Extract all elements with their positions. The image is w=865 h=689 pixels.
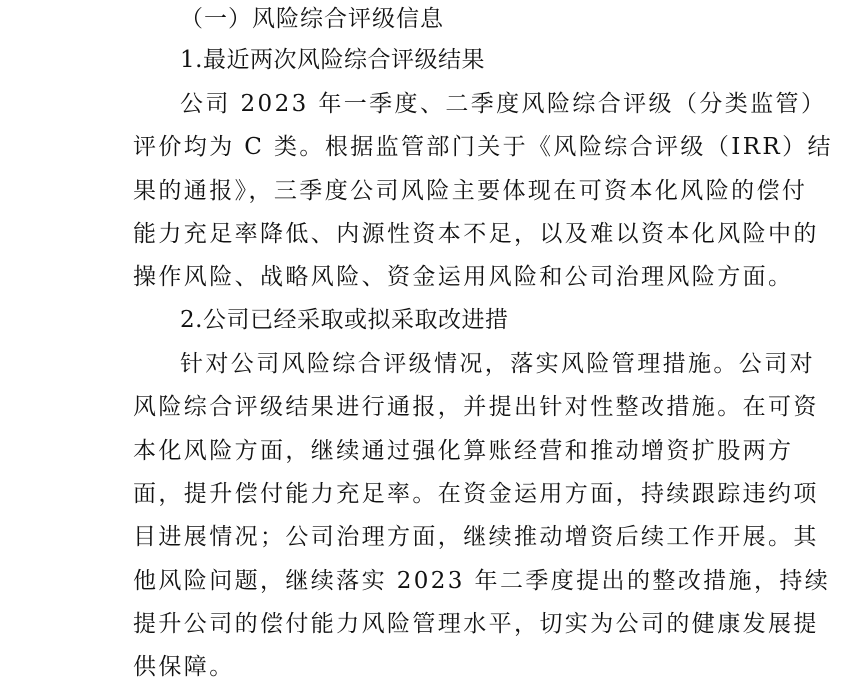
paragraph-2-line-1: 针对公司风险综合评级情况，落实风险管理措施。公司对 bbox=[180, 349, 750, 379]
paragraph-2-line-4: 面，提升偿付能力充足率。在资金运用方面，持续跟踪违约项 bbox=[133, 479, 751, 509]
paragraph-2-line-5: 目进展情况；公司治理方面，继续推动增资后续工作开展。其 bbox=[133, 522, 751, 552]
paragraph-2-line-3: 本化风险方面，继续通过强化算账经营和推动增资扩股两方 bbox=[133, 436, 751, 466]
paragraph-2-line-6: 他风险问题，继续落实 2023 年二季度提出的整改措施，持续 bbox=[133, 566, 751, 596]
section-heading: （一）风险综合评级信息 bbox=[180, 4, 450, 34]
paragraph-1-line-5: 操作风险、战略风险、资金运用风险和公司治理风险方面。 bbox=[133, 262, 751, 292]
paragraph-2-line-7: 提升公司的偿付能力风险管理水平，切实为公司的健康发展提 bbox=[133, 609, 751, 639]
paragraph-1-line-4: 能力充足率降低、内源性资本不足，以及难以资本化风险中的 bbox=[133, 219, 751, 249]
paragraph-1-line-3: 果的通报》，三季度公司风险主要体现在可资本化风险的偿付 bbox=[133, 176, 751, 206]
paragraph-1-line-1: 公司 2023 年一季度、二季度风险综合评级（分类监管） bbox=[180, 89, 750, 119]
subsection-2-title: 2.公司已经采取或拟采取改进措 bbox=[180, 305, 500, 335]
paragraph-2-line-2: 风险综合评级结果进行通报，并提出针对性整改措施。在可资 bbox=[133, 392, 751, 422]
paragraph-2-line-8: 供保障。 bbox=[133, 652, 751, 682]
paragraph-1-line-2: 评价均为 C 类。根据监管部门关于《风险综合评级（IRR）结 bbox=[133, 132, 751, 162]
subsection-1-title: 1.最近两次风险综合评级结果 bbox=[180, 45, 500, 75]
document-page: （一）风险综合评级信息 1.最近两次风险综合评级结果 公司 2023 年一季度、… bbox=[0, 0, 865, 689]
